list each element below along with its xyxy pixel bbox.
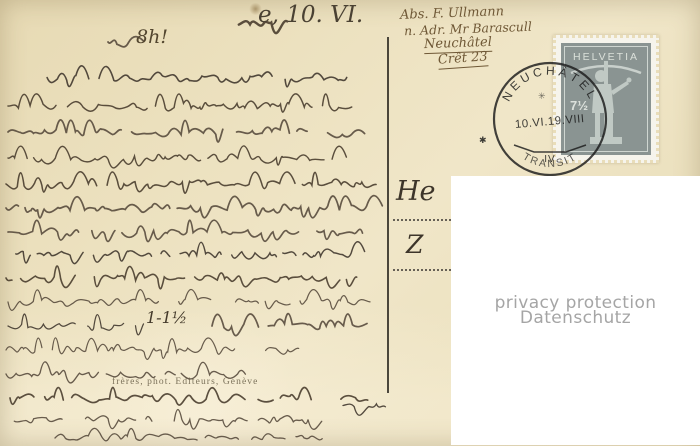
- postmark-star-icon: ✱: [479, 135, 487, 145]
- privacy-text-de: Datenschutz: [520, 311, 631, 326]
- sender-line-4: Crêt 23: [437, 49, 488, 69]
- stamp-design: HELVETIA 7½: [561, 43, 651, 155]
- postcard-scan: e, 10. VI. 8h! 1-1½ Abs. F. Ullmann n. A…: [0, 0, 700, 446]
- postmark-ornament-icon: ✳: [538, 91, 546, 101]
- address-dotted-line-2: [393, 269, 451, 271]
- postage-stamp: HELVETIA 7½: [553, 35, 659, 163]
- stamp-value-label: 7½: [570, 98, 588, 113]
- publisher-imprint: frères, phot. Editeurs, Genève: [112, 377, 258, 387]
- handwritten-range-fragment: 1-1½: [146, 308, 187, 327]
- address-divider-line: [387, 37, 389, 393]
- addressee-fragment-1: He: [396, 176, 436, 207]
- privacy-overlay: privacy protection Datenschutz: [451, 176, 700, 445]
- addressee-fragment-2: Z: [406, 230, 423, 259]
- address-dotted-line-1: [393, 219, 451, 221]
- stamp-panel: HELVETIA 7½: [561, 43, 651, 155]
- handwritten-time-fragment: 8h!: [136, 26, 168, 48]
- handwritten-date: e, 10. VI.: [258, 2, 363, 28]
